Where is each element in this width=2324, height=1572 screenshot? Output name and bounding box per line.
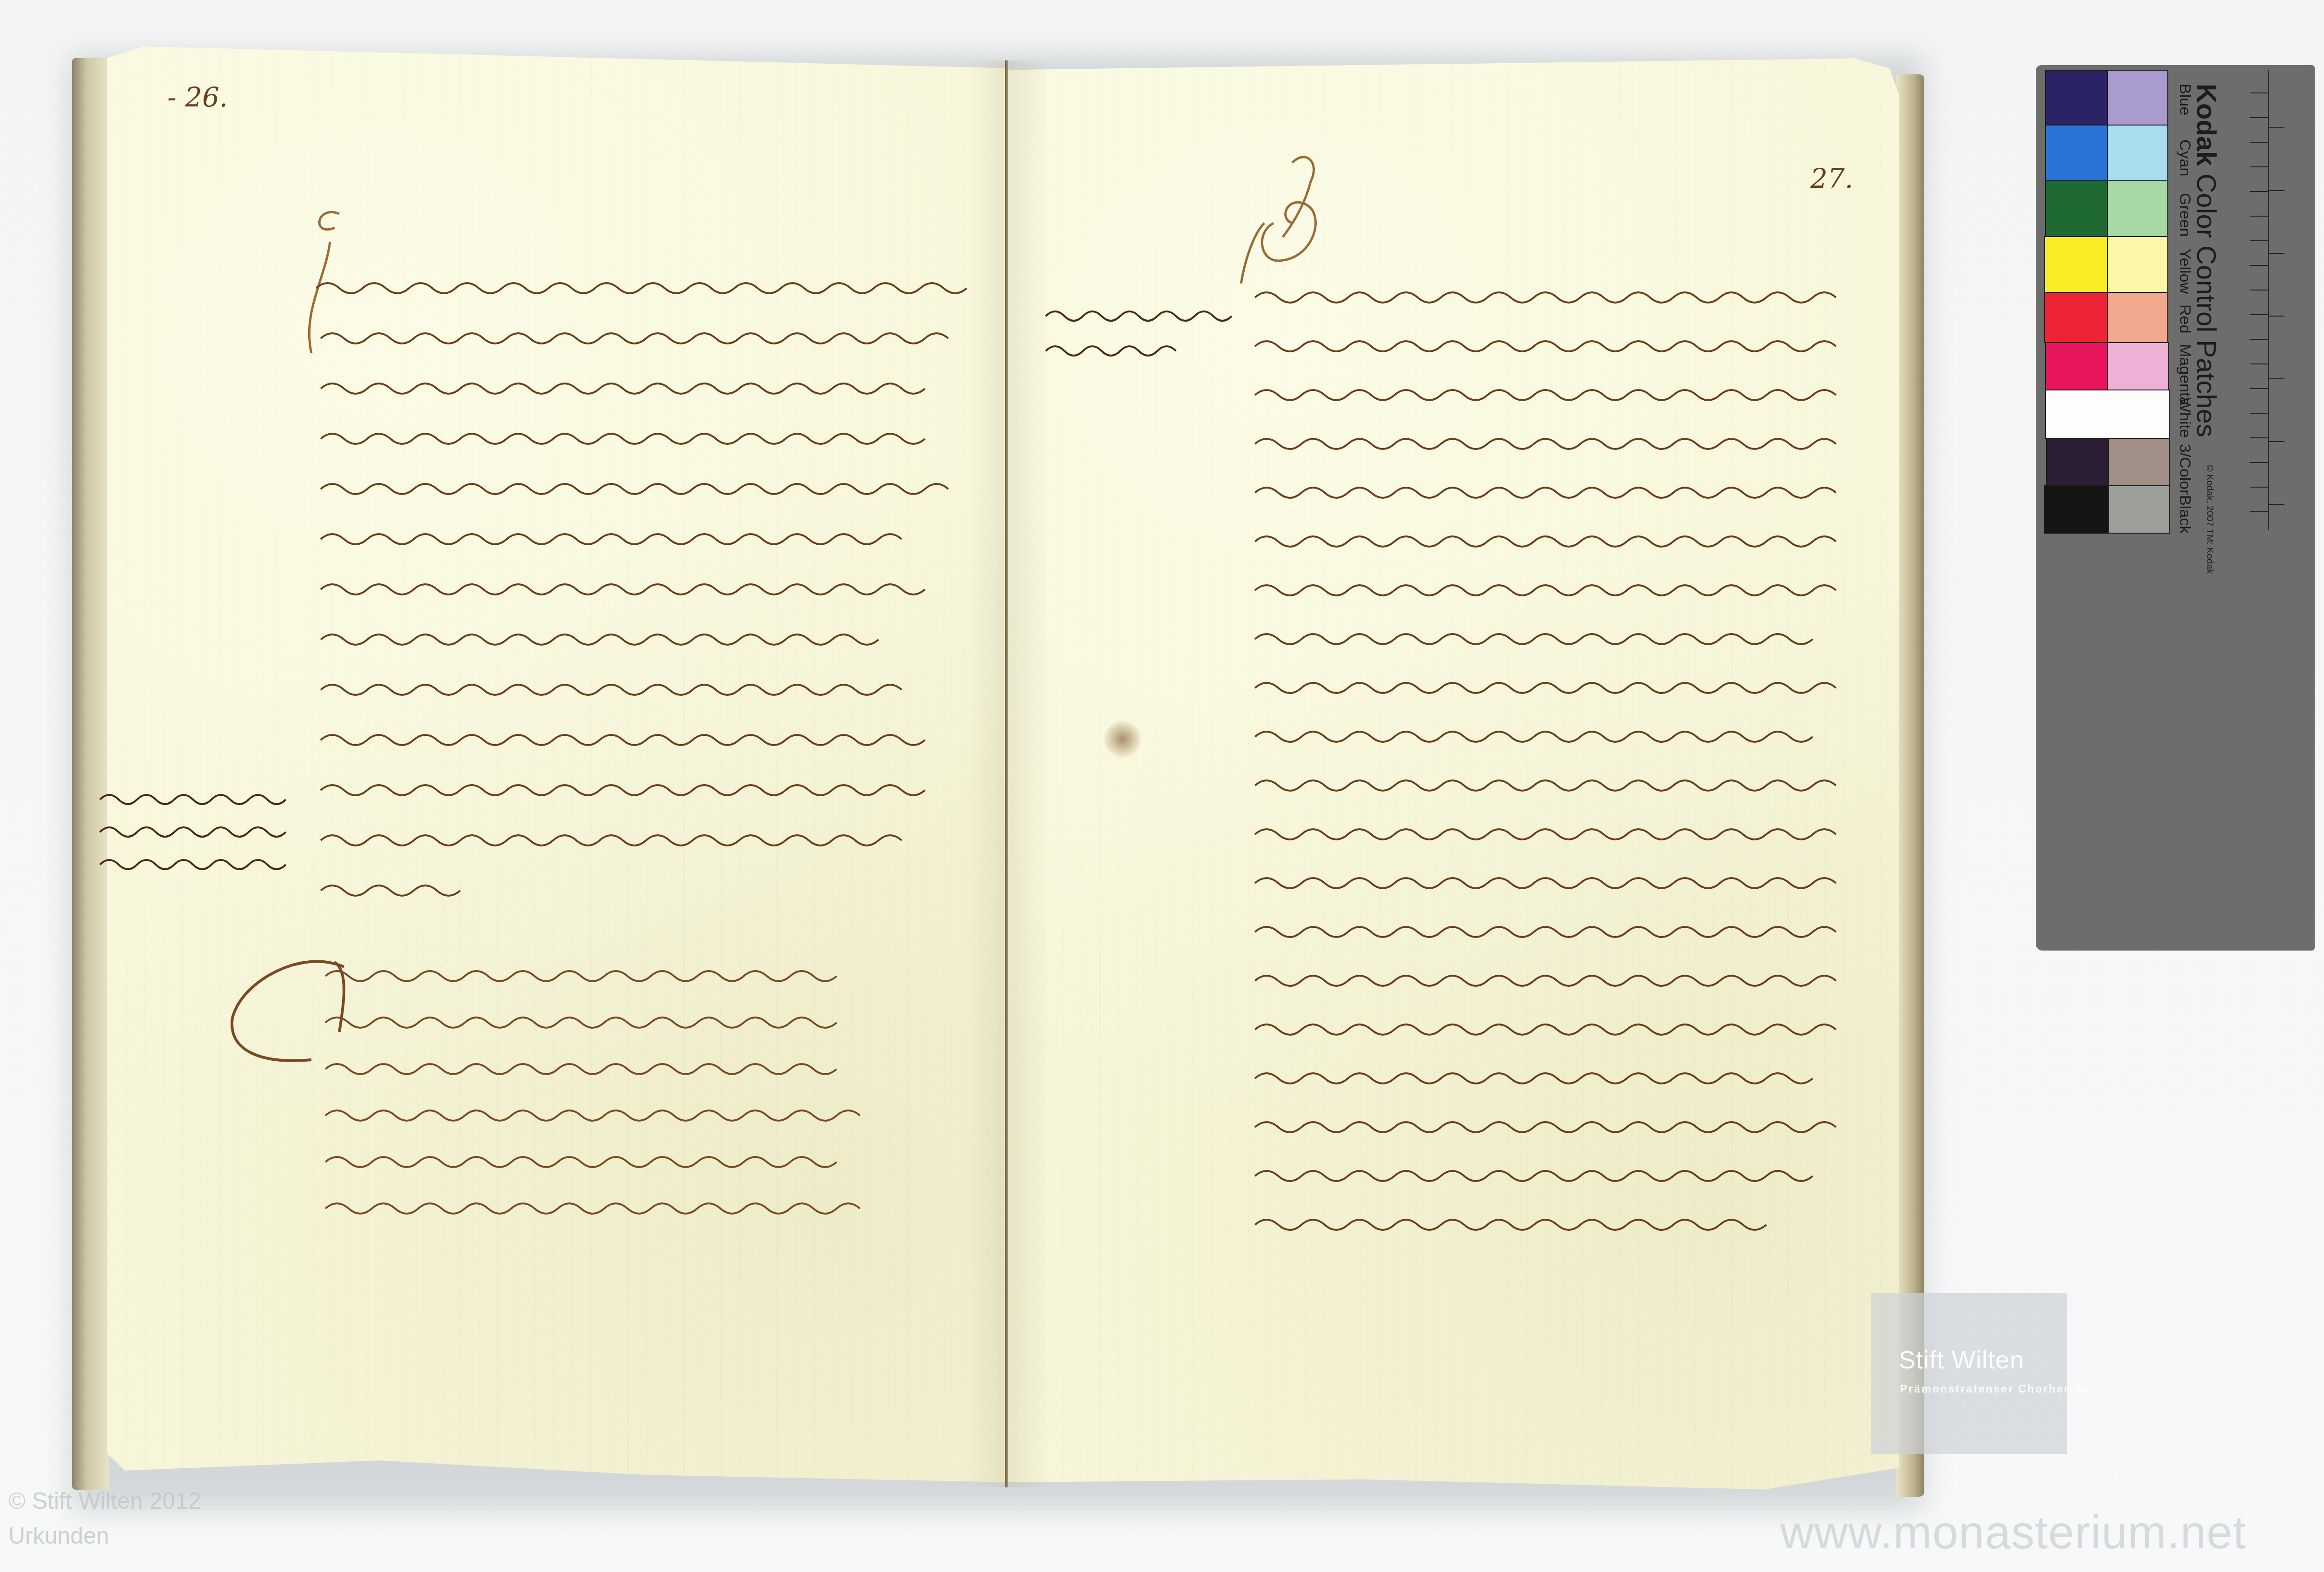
label-3color: 3/Color — [2176, 444, 2194, 495]
patch-blue-dark — [2045, 70, 2108, 125]
patch-yellow-dark — [2044, 236, 2108, 293]
watermark-copyright: © Stift Wilten 2012 — [8, 1487, 201, 1514]
watermark-collection: Urkunden — [8, 1522, 109, 1549]
label-yellow: Yellow — [2176, 249, 2194, 294]
kodak-copyright: © Kodak, 2007 TM: Kodak — [2204, 465, 2215, 574]
chart-title: Color Control Patches — [2191, 173, 2221, 437]
kodak-brand: Kodak — [2191, 84, 2221, 166]
label-cyan: Cyan — [2176, 139, 2194, 176]
handwriting-margin-left — [95, 781, 318, 883]
handwriting-lines — [1246, 288, 1864, 1320]
label-red: Red — [2176, 304, 2194, 333]
label-magenta: Magenta — [2176, 344, 2194, 405]
right-page-body — [1246, 288, 1864, 1322]
handwriting-margin-right — [1037, 288, 1250, 363]
scan-background: - 26. 27. — [0, 0, 2324, 1572]
left-page-paragraph-1 — [316, 279, 990, 941]
patch-green-dark — [2045, 180, 2108, 237]
binding-gutter — [1005, 60, 1008, 1487]
left-page-paragraph-2 — [325, 967, 976, 1257]
margin-note-left — [95, 781, 318, 885]
patch-blue-light — [2107, 70, 2168, 125]
patch-magenta-light — [2107, 342, 2169, 390]
patch-cyan-dark — [2045, 125, 2108, 181]
label-black: Black — [2176, 495, 2194, 534]
patch-green-light — [2107, 180, 2168, 237]
patch-3color-light — [2108, 438, 2170, 486]
patch-cyan-light — [2107, 125, 2168, 181]
handwriting-lines — [316, 279, 990, 939]
patch-magenta-dark — [2045, 342, 2108, 390]
decorated-initial-right — [1227, 144, 1348, 284]
kodak-title: Kodak Color Control Patches — [2191, 84, 2222, 437]
folio-number-right: 27. — [1810, 163, 1853, 194]
watermark-title: Stift Wilten — [1899, 1346, 2024, 1374]
label-green: Green — [2176, 193, 2194, 237]
patch-red-dark — [2044, 292, 2108, 343]
patch-yellow-light — [2107, 236, 2168, 293]
right-page-edges — [1896, 74, 1924, 1497]
folio-number-left: - 26. — [167, 81, 228, 113]
patch-black-light — [2108, 485, 2170, 534]
patch-black-dark — [2044, 485, 2109, 534]
label-blue: Blue — [2176, 84, 2194, 115]
ruler-scale — [2222, 65, 2291, 535]
left-page-edges — [72, 58, 109, 1490]
patch-red-light — [2107, 292, 2168, 343]
label-white: White — [2176, 397, 2194, 438]
kodak-color-control-chart: Kodak Color Control Patches Blue Cyan Gr… — [2036, 65, 2315, 951]
ink-stain — [1104, 720, 1141, 758]
watermark-subtitle: Prämonstratenser Chorherren — [1900, 1383, 2091, 1395]
handwriting-lines — [325, 967, 976, 1255]
patch-white — [2045, 390, 2170, 439]
margin-note-right — [1037, 288, 1250, 365]
watermark-url: www.monasterium.net — [1780, 1506, 2246, 1559]
patch-3color-dark — [2046, 438, 2109, 486]
